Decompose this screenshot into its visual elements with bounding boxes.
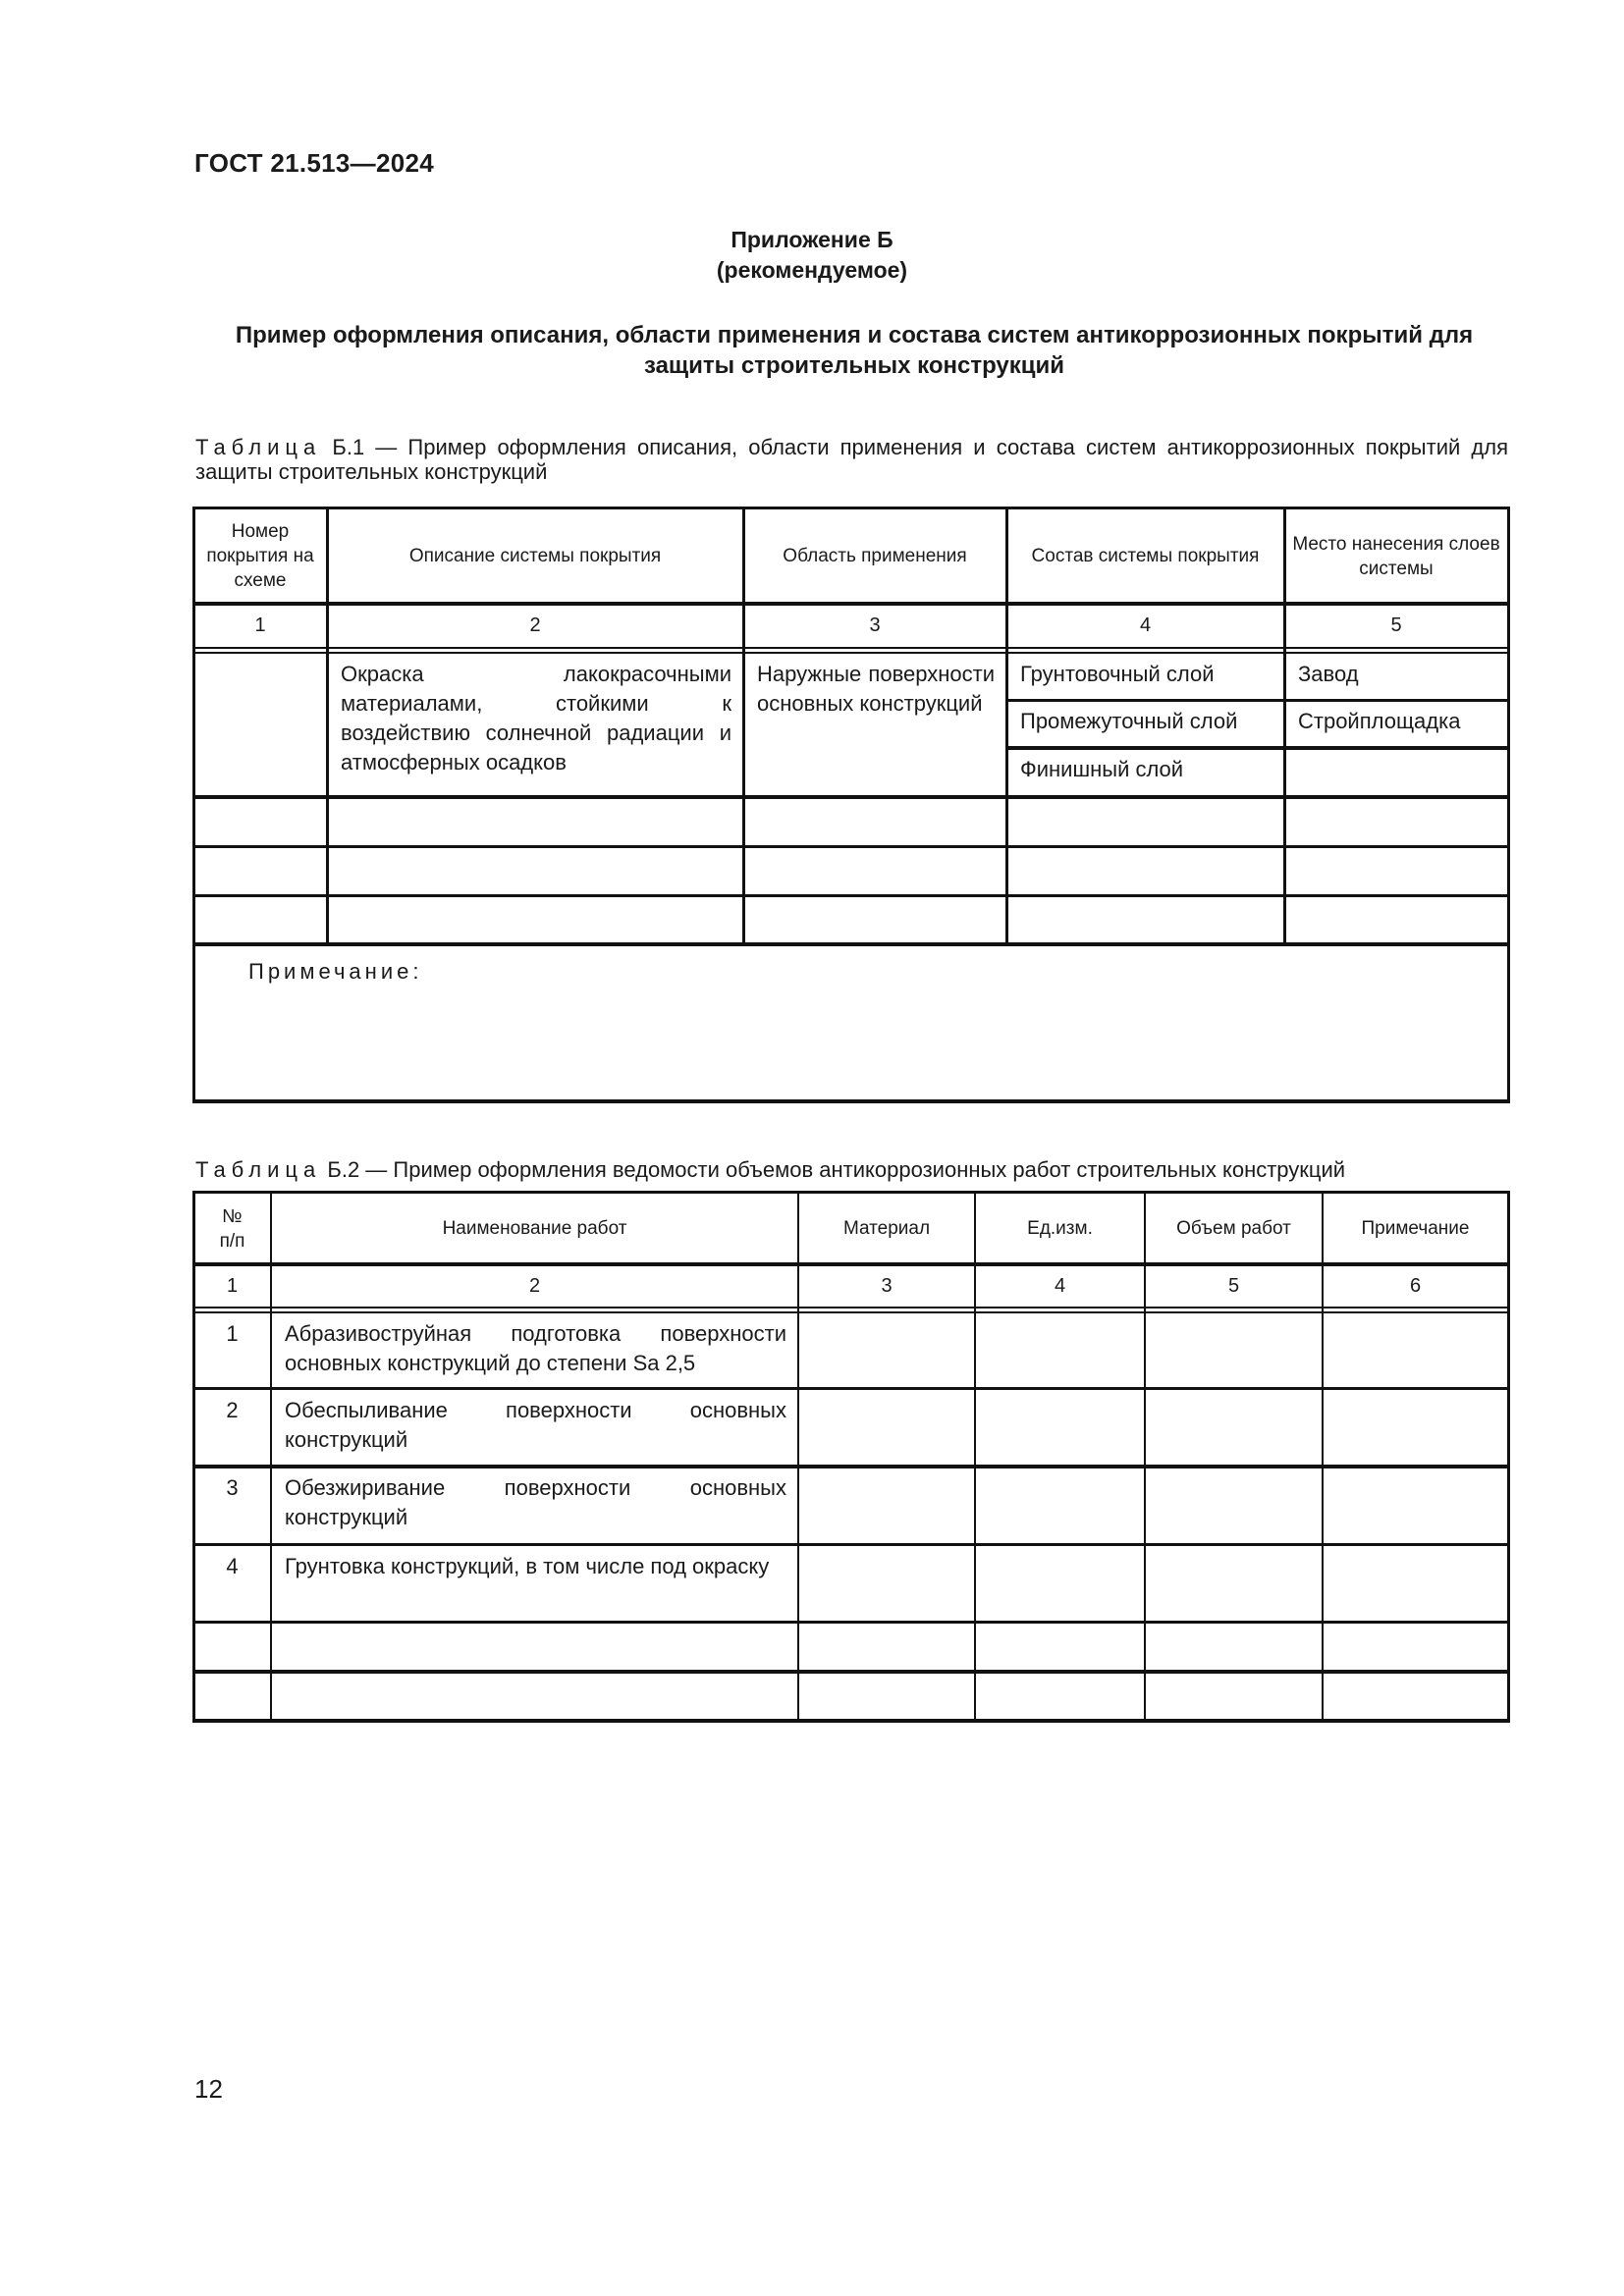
table1-layer-composition: Промежуточный слой	[1006, 700, 1284, 748]
table2-caption-prefix: Таблица	[195, 1157, 321, 1182]
table-rule	[193, 1262, 1510, 1266]
table2-cell-unit	[975, 1312, 1145, 1389]
table1-header-cell: Область применения	[743, 508, 1006, 604]
table2-cell-unit	[975, 1467, 1145, 1545]
table2-cell-material	[798, 1467, 975, 1545]
document-code: ГОСТ 21.513—2024	[194, 148, 434, 179]
table1-empty-cell	[327, 797, 743, 846]
table-rule	[192, 507, 195, 1103]
table2-cell-volume	[1145, 1389, 1323, 1467]
table1-note-label: Примечание:	[248, 959, 422, 985]
table2-cell-volume	[1145, 1312, 1323, 1389]
table1-layer-place-text: Стройплощадка	[1298, 707, 1496, 736]
table1-header-cell: Номер покрытия на схеме	[193, 508, 327, 604]
table2-cell-unit	[975, 1623, 1145, 1672]
table1-empty-cell	[743, 846, 1006, 895]
table2-column-number: 2	[271, 1264, 798, 1308]
table-rule	[193, 652, 1510, 654]
table1-empty-cell	[193, 895, 327, 944]
table-rule	[974, 1191, 976, 1721]
table1-caption-text: Б.1 — Пример оформления описания, област…	[195, 435, 1508, 484]
table2-cell-no	[193, 1623, 271, 1672]
table1-empty-cell	[1006, 895, 1284, 944]
appendix-type: (рекомендуемое)	[0, 257, 1624, 284]
table-rule	[192, 1191, 195, 1723]
table2-cell-note	[1323, 1623, 1508, 1672]
table-rule	[1005, 507, 1008, 944]
table1-header-cell-text: Место нанесения слоев системы	[1284, 532, 1508, 581]
table2-column-number-text: 6	[1410, 1275, 1421, 1298]
main-title: Пример оформления описания, области прим…	[226, 320, 1483, 381]
table1-empty-cell	[1284, 895, 1508, 944]
table2-cell-no	[193, 1672, 271, 1721]
table2-header-cell-text: Примечание	[1362, 1216, 1470, 1241]
table-rule	[193, 894, 1510, 897]
table2-cell-unit	[975, 1672, 1145, 1721]
table2-cell-work	[271, 1623, 798, 1672]
table1-layer-place-text: Завод	[1298, 660, 1496, 689]
table2-header-cell: Наименование работ	[271, 1193, 798, 1264]
table1-column-number-text: 1	[254, 614, 265, 637]
table1-empty-cell	[327, 895, 743, 944]
table1-column-number-text: 3	[869, 614, 880, 637]
table1-empty-cell	[193, 846, 327, 895]
table-rule	[193, 602, 1510, 606]
table-rule	[1006, 699, 1508, 702]
table1-header-cell-text: Состав системы покрытия	[1032, 544, 1260, 568]
table2-column-number-text: 3	[881, 1275, 892, 1298]
table1-header-cell: Состав системы покрытия	[1006, 508, 1284, 604]
table2-cell-volume	[1145, 1545, 1323, 1623]
table2-cell-no: 1	[193, 1312, 271, 1389]
table1-layer-place: Стройплощадка	[1284, 700, 1508, 748]
table1-column-number: 1	[193, 604, 327, 648]
table2-cell-no-text: 3	[193, 1473, 271, 1503]
table-rule	[193, 1387, 1510, 1390]
table1-empty-cell	[1284, 797, 1508, 846]
table-rule	[193, 507, 1510, 509]
table-rule	[193, 845, 1510, 848]
table1-column-number: 5	[1284, 604, 1508, 648]
table2-cell-volume	[1145, 1672, 1323, 1721]
table2-column-number: 1	[193, 1264, 271, 1308]
table1-column-number-text: 2	[529, 614, 540, 637]
table2-cell-note	[1323, 1312, 1508, 1389]
table1-header-cell-text: Описание системы покрытия	[409, 544, 661, 568]
table2-cell-material	[798, 1623, 975, 1672]
table-rule	[193, 1307, 1510, 1308]
table1-column-number: 4	[1006, 604, 1284, 648]
table2-column-number: 6	[1323, 1264, 1508, 1308]
table1-layer-composition-text: Грунтовочный слой	[1020, 660, 1272, 689]
table2-cell-note	[1323, 1389, 1508, 1467]
table-rule	[193, 647, 1510, 649]
table2-cell-no: 3	[193, 1467, 271, 1545]
table2-header-cell: № п/п	[193, 1193, 271, 1264]
table2-column-number: 3	[798, 1264, 975, 1308]
table-rule	[742, 507, 745, 944]
table1-empty-cell	[193, 797, 327, 846]
table1-row-number	[193, 653, 327, 797]
table1-description: Окраска лакокрасочными материалами, стой…	[327, 653, 743, 797]
table-rule	[193, 1670, 1510, 1674]
table1-layer-composition-text: Финишный слой	[1020, 755, 1272, 784]
table2-header-cell-text: Ед.изм.	[1027, 1216, 1093, 1241]
table-rule	[797, 1191, 799, 1721]
table2-cell-no: 2	[193, 1389, 271, 1467]
table1-layer-composition: Финишный слой	[1006, 748, 1284, 797]
table2-header-cell-text: Материал	[843, 1216, 930, 1241]
table-rule	[193, 1719, 1510, 1723]
table2-header-cell-text: Наименование работ	[443, 1216, 627, 1241]
table1-description-text: Окраска лакокрасочными материалами, стой…	[341, 660, 731, 777]
table2-header-cell-text: № п/п	[213, 1204, 252, 1254]
table2-column-number: 5	[1145, 1264, 1323, 1308]
table1-empty-cell	[327, 846, 743, 895]
table-rule	[193, 795, 1510, 799]
table2-column-number: 4	[975, 1264, 1145, 1308]
table2-cell-note	[1323, 1672, 1508, 1721]
table1-empty-cell	[1006, 846, 1284, 895]
table2-cell-material	[798, 1312, 975, 1389]
table1-column-number: 3	[743, 604, 1006, 648]
table2-column-number-text: 4	[1055, 1275, 1065, 1298]
table-rule	[1507, 507, 1510, 1103]
table2-cell-work: Грунтовка конструкций, в том числе под о…	[271, 1545, 798, 1623]
table1-layer-place: Завод	[1284, 653, 1508, 700]
table2-cell-no-text: 2	[193, 1396, 271, 1425]
table2-cell-work-text: Грунтовка конструкций, в том числе под о…	[285, 1552, 786, 1581]
table-rule	[193, 942, 1510, 946]
table2-cell-note	[1323, 1467, 1508, 1545]
table-rule	[193, 1311, 1510, 1313]
table-rule	[1283, 507, 1286, 944]
table-rule	[193, 1465, 1510, 1468]
table2-header-cell: Примечание	[1323, 1193, 1508, 1264]
table2-cell-work: Абразивоструйная подготовка поверхности …	[271, 1312, 798, 1389]
table2-column-number-text: 5	[1228, 1275, 1239, 1298]
table-rule	[1322, 1191, 1324, 1721]
table1-header-cell-text: Номер покрытия на схеме	[193, 519, 327, 593]
table1-header-cell: Описание системы покрытия	[327, 508, 743, 604]
table1-layer-place	[1284, 748, 1508, 797]
table2-cell-no: 4	[193, 1545, 271, 1623]
table2-caption: Таблица Б.2 — Пример оформления ведомост…	[195, 1157, 1508, 1182]
table1-scope-text: Наружные поверхности основных конструкци…	[757, 660, 995, 719]
table-rule	[1507, 1191, 1510, 1723]
table-rule	[1144, 1191, 1146, 1721]
table1-caption-prefix: Таблица	[195, 435, 321, 459]
table1-empty-cell	[743, 797, 1006, 846]
table-rule	[1006, 746, 1508, 750]
table2-cell-material	[798, 1389, 975, 1467]
table2-cell-work: Обеспыливание поверхности основных конст…	[271, 1389, 798, 1467]
table2-cell-unit	[975, 1545, 1145, 1623]
table2-header-cell-text: Объем работ	[1176, 1216, 1291, 1241]
table2-cell-material	[798, 1545, 975, 1623]
table1-column-number: 2	[327, 604, 743, 648]
table2-cell-no-text: 1	[193, 1319, 271, 1349]
table2-header-cell: Материал	[798, 1193, 975, 1264]
table2-cell-note	[1323, 1545, 1508, 1623]
table2-cell-work-text: Обезжиривание поверхности основных конст…	[285, 1473, 786, 1532]
table2-cell-volume	[1145, 1467, 1323, 1545]
table2-cell-work-text: Обеспыливание поверхности основных конст…	[285, 1396, 786, 1455]
table2-cell-unit	[975, 1389, 1145, 1467]
table1-empty-cell	[743, 895, 1006, 944]
page-number: 12	[194, 2074, 223, 2105]
table2-cell-work-text: Абразивоструйная подготовка поверхности …	[285, 1319, 786, 1378]
table1-column-number-text: 5	[1390, 614, 1401, 637]
table2-cell-no-text: 4	[193, 1552, 271, 1581]
appendix-title: Приложение Б	[0, 227, 1624, 253]
table2-header-cell: Объем работ	[1145, 1193, 1323, 1264]
table1-layer-composition-text: Промежуточный слой	[1020, 707, 1272, 736]
table1-caption: Таблица Б.1 — Пример оформления описания…	[195, 435, 1508, 484]
table2-cell-material	[798, 1672, 975, 1721]
table-rule	[270, 1191, 272, 1721]
table-rule	[193, 1099, 1510, 1103]
table1-empty-cell	[1006, 797, 1284, 846]
table-rule	[193, 1621, 1510, 1624]
table2-column-number-text: 1	[227, 1275, 238, 1298]
table1-scope: Наружные поверхности основных конструкци…	[743, 653, 1006, 797]
table1-header-cell: Место нанесения слоев системы	[1284, 508, 1508, 604]
table-rule	[326, 507, 329, 944]
table-rule	[193, 1191, 1510, 1194]
table1-layer-composition: Грунтовочный слой	[1006, 653, 1284, 700]
table1-column-number-text: 4	[1140, 614, 1151, 637]
table2-column-number-text: 2	[529, 1275, 540, 1298]
table2-cell-work	[271, 1672, 798, 1721]
table-rule	[193, 1543, 1510, 1546]
table1-header-cell-text: Область применения	[783, 544, 966, 568]
table1-empty-cell	[1284, 846, 1508, 895]
table2-cell-work: Обезжиривание поверхности основных конст…	[271, 1467, 798, 1545]
table2-header-cell: Ед.изм.	[975, 1193, 1145, 1264]
table2-caption-text: Б.2 — Пример оформления ведомости объемо…	[327, 1157, 1345, 1182]
table2-cell-volume	[1145, 1623, 1323, 1672]
